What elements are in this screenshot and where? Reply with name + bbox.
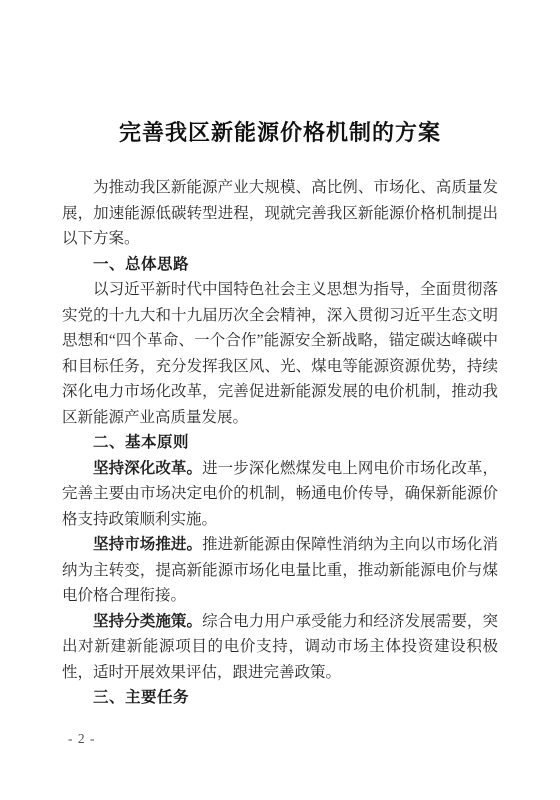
document-title: 完善我区新能源价格机制的方案 — [0, 0, 560, 148]
section-heading-3: 三、主要任务 — [62, 685, 498, 711]
paragraph-lead: 坚持分类施策。 — [93, 613, 202, 630]
paragraph-text: 以习近平新时代中国特色社会主义思想为指导，全面贯彻落实党的十九大和十九届历次全会… — [62, 281, 498, 426]
document-body: 为推动我区新能源产业大规模、高比例、市场化、高质量发展，加速能源低碳转型进程，现… — [62, 175, 498, 711]
section-heading-1: 一、总体思路 — [62, 252, 498, 278]
document-page: 完善我区新能源价格机制的方案 为推动我区新能源产业大规模、高比例、市场化、高质量… — [0, 0, 560, 800]
page-number: - 2 - — [68, 730, 96, 748]
paragraph: 坚持市场推进。推进新能源由保障性消纳为主向以市场化消纳为主转变，提高新能源市场化… — [62, 532, 498, 609]
paragraph: 坚持深化改革。进一步深化燃煤发电上网电价市场化改革，完善主要由市场决定电价的机制… — [62, 456, 498, 533]
paragraph: 以习近平新时代中国特色社会主义思想为指导，全面贯彻落实党的十九大和十九届历次全会… — [62, 277, 498, 430]
paragraph: 坚持分类施策。综合电力用户承受能力和经济发展需要，突出对新建新能源项目的电价支持… — [62, 609, 498, 686]
paragraph-lead: 坚持市场推进。 — [93, 536, 202, 553]
section-heading-2: 二、基本原则 — [62, 430, 498, 456]
intro-paragraph: 为推动我区新能源产业大规模、高比例、市场化、高质量发展，加速能源低碳转型进程，现… — [62, 175, 498, 252]
paragraph-lead: 坚持深化改革。 — [93, 460, 202, 477]
